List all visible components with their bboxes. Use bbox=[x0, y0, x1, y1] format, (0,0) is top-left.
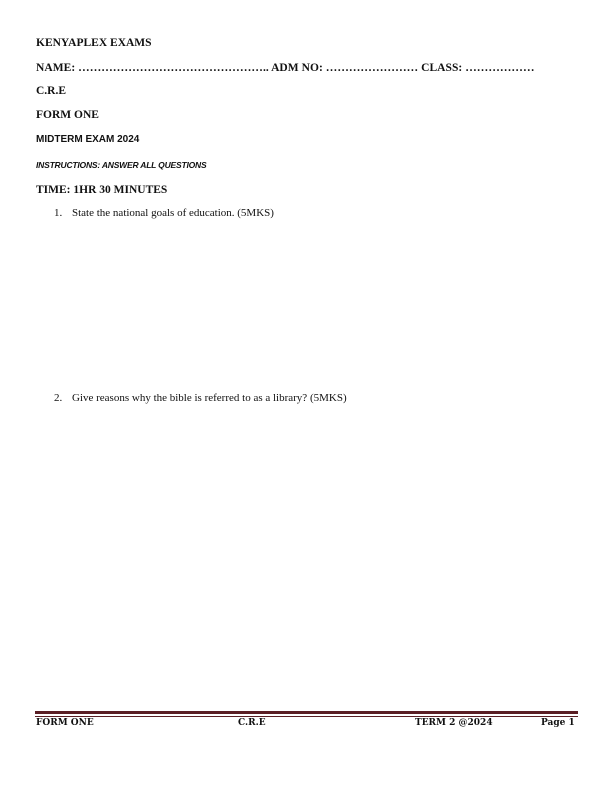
question-number: 1. bbox=[54, 207, 72, 219]
footer-rule-thin bbox=[35, 716, 578, 717]
time-allowed: TIME: 1HR 30 MINUTES bbox=[36, 184, 167, 196]
form-label: FORM ONE bbox=[36, 109, 99, 121]
subject-label: C.R.E bbox=[36, 85, 66, 97]
footer-term: TERM 2 @2024 bbox=[415, 718, 493, 728]
footer-subject: C.R.E bbox=[238, 718, 266, 728]
footer-form: FORM ONE bbox=[36, 718, 94, 728]
question-text: Give reasons why the bible is referred t… bbox=[72, 392, 347, 404]
org-title: KENYAPLEX EXAMS bbox=[36, 37, 152, 49]
instructions: INSTRUCTIONS: ANSWER ALL QUESTIONS bbox=[36, 160, 206, 170]
question-text: State the national goals of education. (… bbox=[72, 207, 274, 219]
footer-rule-thick bbox=[35, 711, 578, 714]
exam-title: MIDTERM EXAM 2024 bbox=[36, 134, 139, 145]
student-details-line: NAME: ………………………………………….. ADM NO: …………………… bbox=[36, 62, 535, 74]
question-1: 1.State the national goals of education.… bbox=[54, 207, 274, 219]
question-number: 2. bbox=[54, 392, 72, 404]
question-2: 2.Give reasons why the bible is referred… bbox=[54, 392, 347, 404]
footer-page-number: Page 1 bbox=[541, 718, 575, 728]
